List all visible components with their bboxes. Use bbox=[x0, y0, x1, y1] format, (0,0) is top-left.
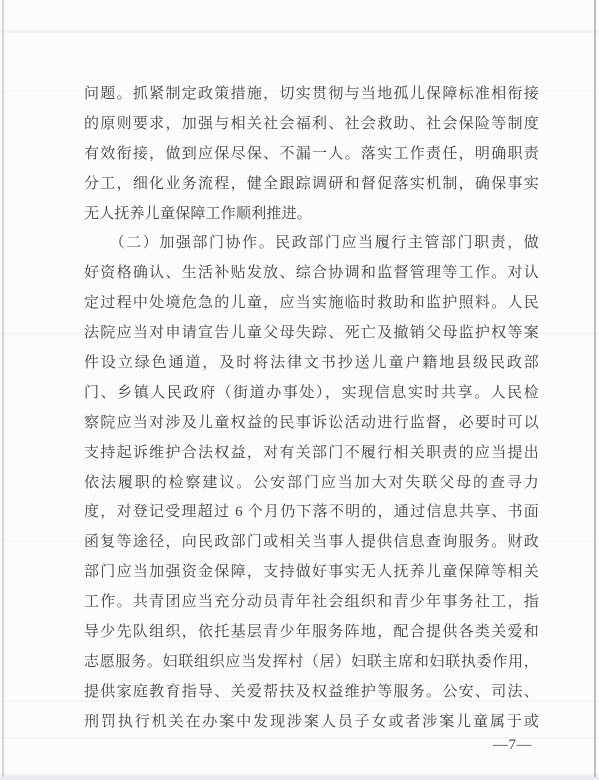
text-line: 函复等途径，向民政部门或相关当事人提供信息查询服务。财政 bbox=[84, 528, 539, 558]
text-line: 问题。抓紧制定政策措施，切实贯彻与当地孤儿保障标准相衔接 bbox=[84, 80, 539, 110]
text-line: （二）加强部门协作。民政部门应当履行主管部门职责，做 bbox=[84, 229, 539, 259]
text-line: 依法履职的检察建议。公安部门应当加大对失联父母的查寻力 bbox=[84, 469, 539, 499]
text-line: 部门应当加强资金保障，支持做好事实无人抚养儿童保障等相关 bbox=[84, 558, 539, 588]
text-line: 支持起诉维护合法权益，对有关部门不履行相关职责的应当提出 bbox=[84, 439, 539, 469]
text-line: 的原则要求，加强与相关社会福利、社会救助、社会保险等制度 bbox=[84, 110, 539, 140]
page-left-edge bbox=[2, 0, 4, 780]
text-line: 件设立绿色通道，及时将法律文书抄送儿童户籍地县级民政部 bbox=[84, 349, 539, 379]
text-line: 导少先队组织，依托基层青少年服务阵地，配合提供各类关爱和 bbox=[84, 618, 539, 648]
text-line: 志愿服务。妇联组织应当发挥村（居）妇联主席和妇联执委作用， bbox=[84, 648, 539, 678]
text-line: 法院应当对申请宣告儿童父母失踪、死亡及撤销父母监护权等案 bbox=[84, 319, 539, 349]
text-line: 度，对登记受理超过 6 个月仍下落不明的，通过信息共享、书面 bbox=[84, 498, 539, 528]
scan-artifact bbox=[0, 30, 599, 33]
text-line: 有效衔接，做到应保尽保、不漏一人。落实工作责任，明确职责 bbox=[84, 140, 539, 170]
page-number: —7— bbox=[493, 735, 532, 755]
text-line: 提供家庭教育指导、关爱帮扶及权益维护等服务。公安、司法、 bbox=[84, 678, 539, 708]
text-line: 门、乡镇人民政府（街道办事处），实现信息实时共享。人民检 bbox=[84, 379, 539, 409]
page-right-edge bbox=[594, 0, 596, 780]
text-line: 察院应当对涉及儿童权益的民事诉讼活动进行监督，必要时可以 bbox=[84, 409, 539, 439]
text-line: 工作。共青团应当充分动员青年社会组织和青少年事务社工，指 bbox=[84, 588, 539, 618]
text-line: 好资格确认、生活补贴发放、综合协调和监督管理等工作。对认 bbox=[84, 259, 539, 289]
text-line: 分工，细化业务流程，健全跟踪调研和督促落实机制，确保事实 bbox=[84, 170, 539, 200]
scanned-document-page: 问题。抓紧制定政策措施，切实贯彻与当地孤儿保障标准相衔接的原则要求，加强与相关社… bbox=[0, 0, 599, 780]
text-line: 无人抚养儿童保障工作顺利推进。 bbox=[84, 200, 539, 230]
text-line: 定过程中处境危急的儿童，应当实施临时救助和监护照料。人民 bbox=[84, 289, 539, 319]
document-body: 问题。抓紧制定政策措施，切实贯彻与当地孤儿保障标准相衔接的原则要求，加强与相关社… bbox=[84, 80, 539, 738]
text-line: 刑罚执行机关在办案中发现涉案人员子女或者涉案儿童属于或 bbox=[84, 708, 539, 738]
